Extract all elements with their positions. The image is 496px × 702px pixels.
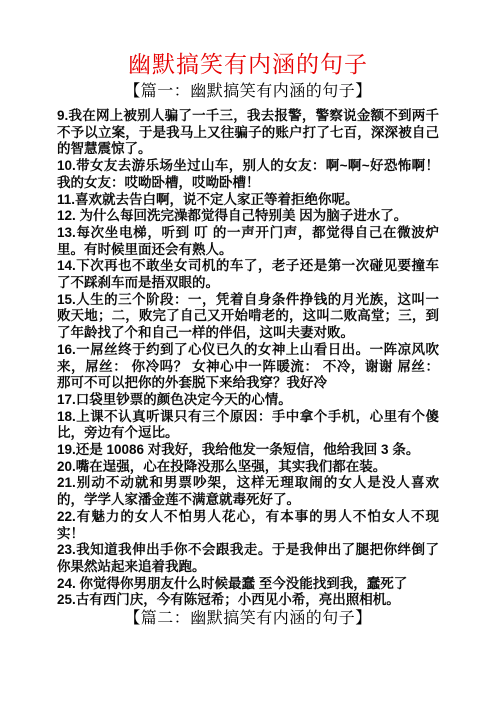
sentence-item: 23.我知道我伸出手你不会跟我走。于是我伸出了腿把你绊倒了你果然站起来追着我跑。	[57, 542, 439, 575]
sentence-item: 11.喜欢就去告白啊，说不定人家正等着拒绝你呢。	[57, 192, 439, 209]
document-page: 幽默搞笑有内涵的句子 【篇一：幽默搞笑有内涵的句子】 9.我在网上被别人骗了一千…	[0, 0, 496, 702]
sentence-list: 9.我在网上被别人骗了一千三，我去报警，警察说金额不到两千不予以立案，于是我马上…	[57, 108, 439, 609]
sentence-item: 13.每次坐电梯，听到 叮 的一声开门声，都觉得自己在微波炉里。有时候里面还会有…	[57, 225, 439, 258]
page-title: 幽默搞笑有内涵的句子	[0, 52, 496, 78]
sentence-item: 20.嘴在逞强，心在投降没那么坚强，其实我们都在装。	[57, 459, 439, 476]
sentence-item: 22.有魅力的女人不怕男人花心，有本事的男人不怕女人不现实！	[57, 509, 439, 542]
section-one-heading: 【篇一：幽默搞笑有内涵的句子】	[0, 82, 496, 101]
sentence-item: 14.下次再也不敢坐女司机的车了，老子还是第一次碰见要撞车了不踩刹车而是捂双眼的…	[57, 258, 439, 291]
sentence-item: 17.口袋里钞票的颜色决定今天的心情。	[57, 392, 439, 409]
sentence-item: 10.带女友去游乐场坐过山车，别人的女友：啊~啊~好恐怖啊！我的女友：哎呦卧槽，…	[57, 158, 439, 191]
sentence-item: 19.还是 10086 对我好，我给他发一条短信，他给我回 3 条。	[57, 442, 439, 459]
sentence-item: 24. 你觉得你男朋友什么时候最蠢 至今没能找到我，蠢死了	[57, 576, 439, 593]
sentence-item: 15.人生的三个阶段：一，凭着自身条件挣钱的月光族，这叫一败天地；二，败完了自己…	[57, 292, 439, 342]
section-two-heading: 【篇二：幽默搞笑有内涵的句子】	[0, 609, 496, 628]
sentence-item: 21.别动不动就和男票吵架，这样无理取闹的女人是没人喜欢的，学学人家潘金莲不满意…	[57, 475, 439, 508]
sentence-item: 9.我在网上被别人骗了一千三，我去报警，警察说金额不到两千不予以立案，于是我马上…	[57, 108, 439, 158]
sentence-item: 18.上课不认真听课只有三个原因：手中拿个手机，心里有个傻比，旁边有个逗比。	[57, 409, 439, 442]
sentence-item: 12. 为什么每回洗完澡都觉得自己特别美 因为脑子进水了。	[57, 208, 439, 225]
sentence-item: 16.一屌丝终于约到了心仪已久的女神上山看日出。一阵凉风吹来，屌丝： 你冷吗？ …	[57, 342, 439, 392]
sentence-item: 25.古有西门庆，今有陈冠希；小西见小希，亮出照相机。	[57, 592, 439, 609]
